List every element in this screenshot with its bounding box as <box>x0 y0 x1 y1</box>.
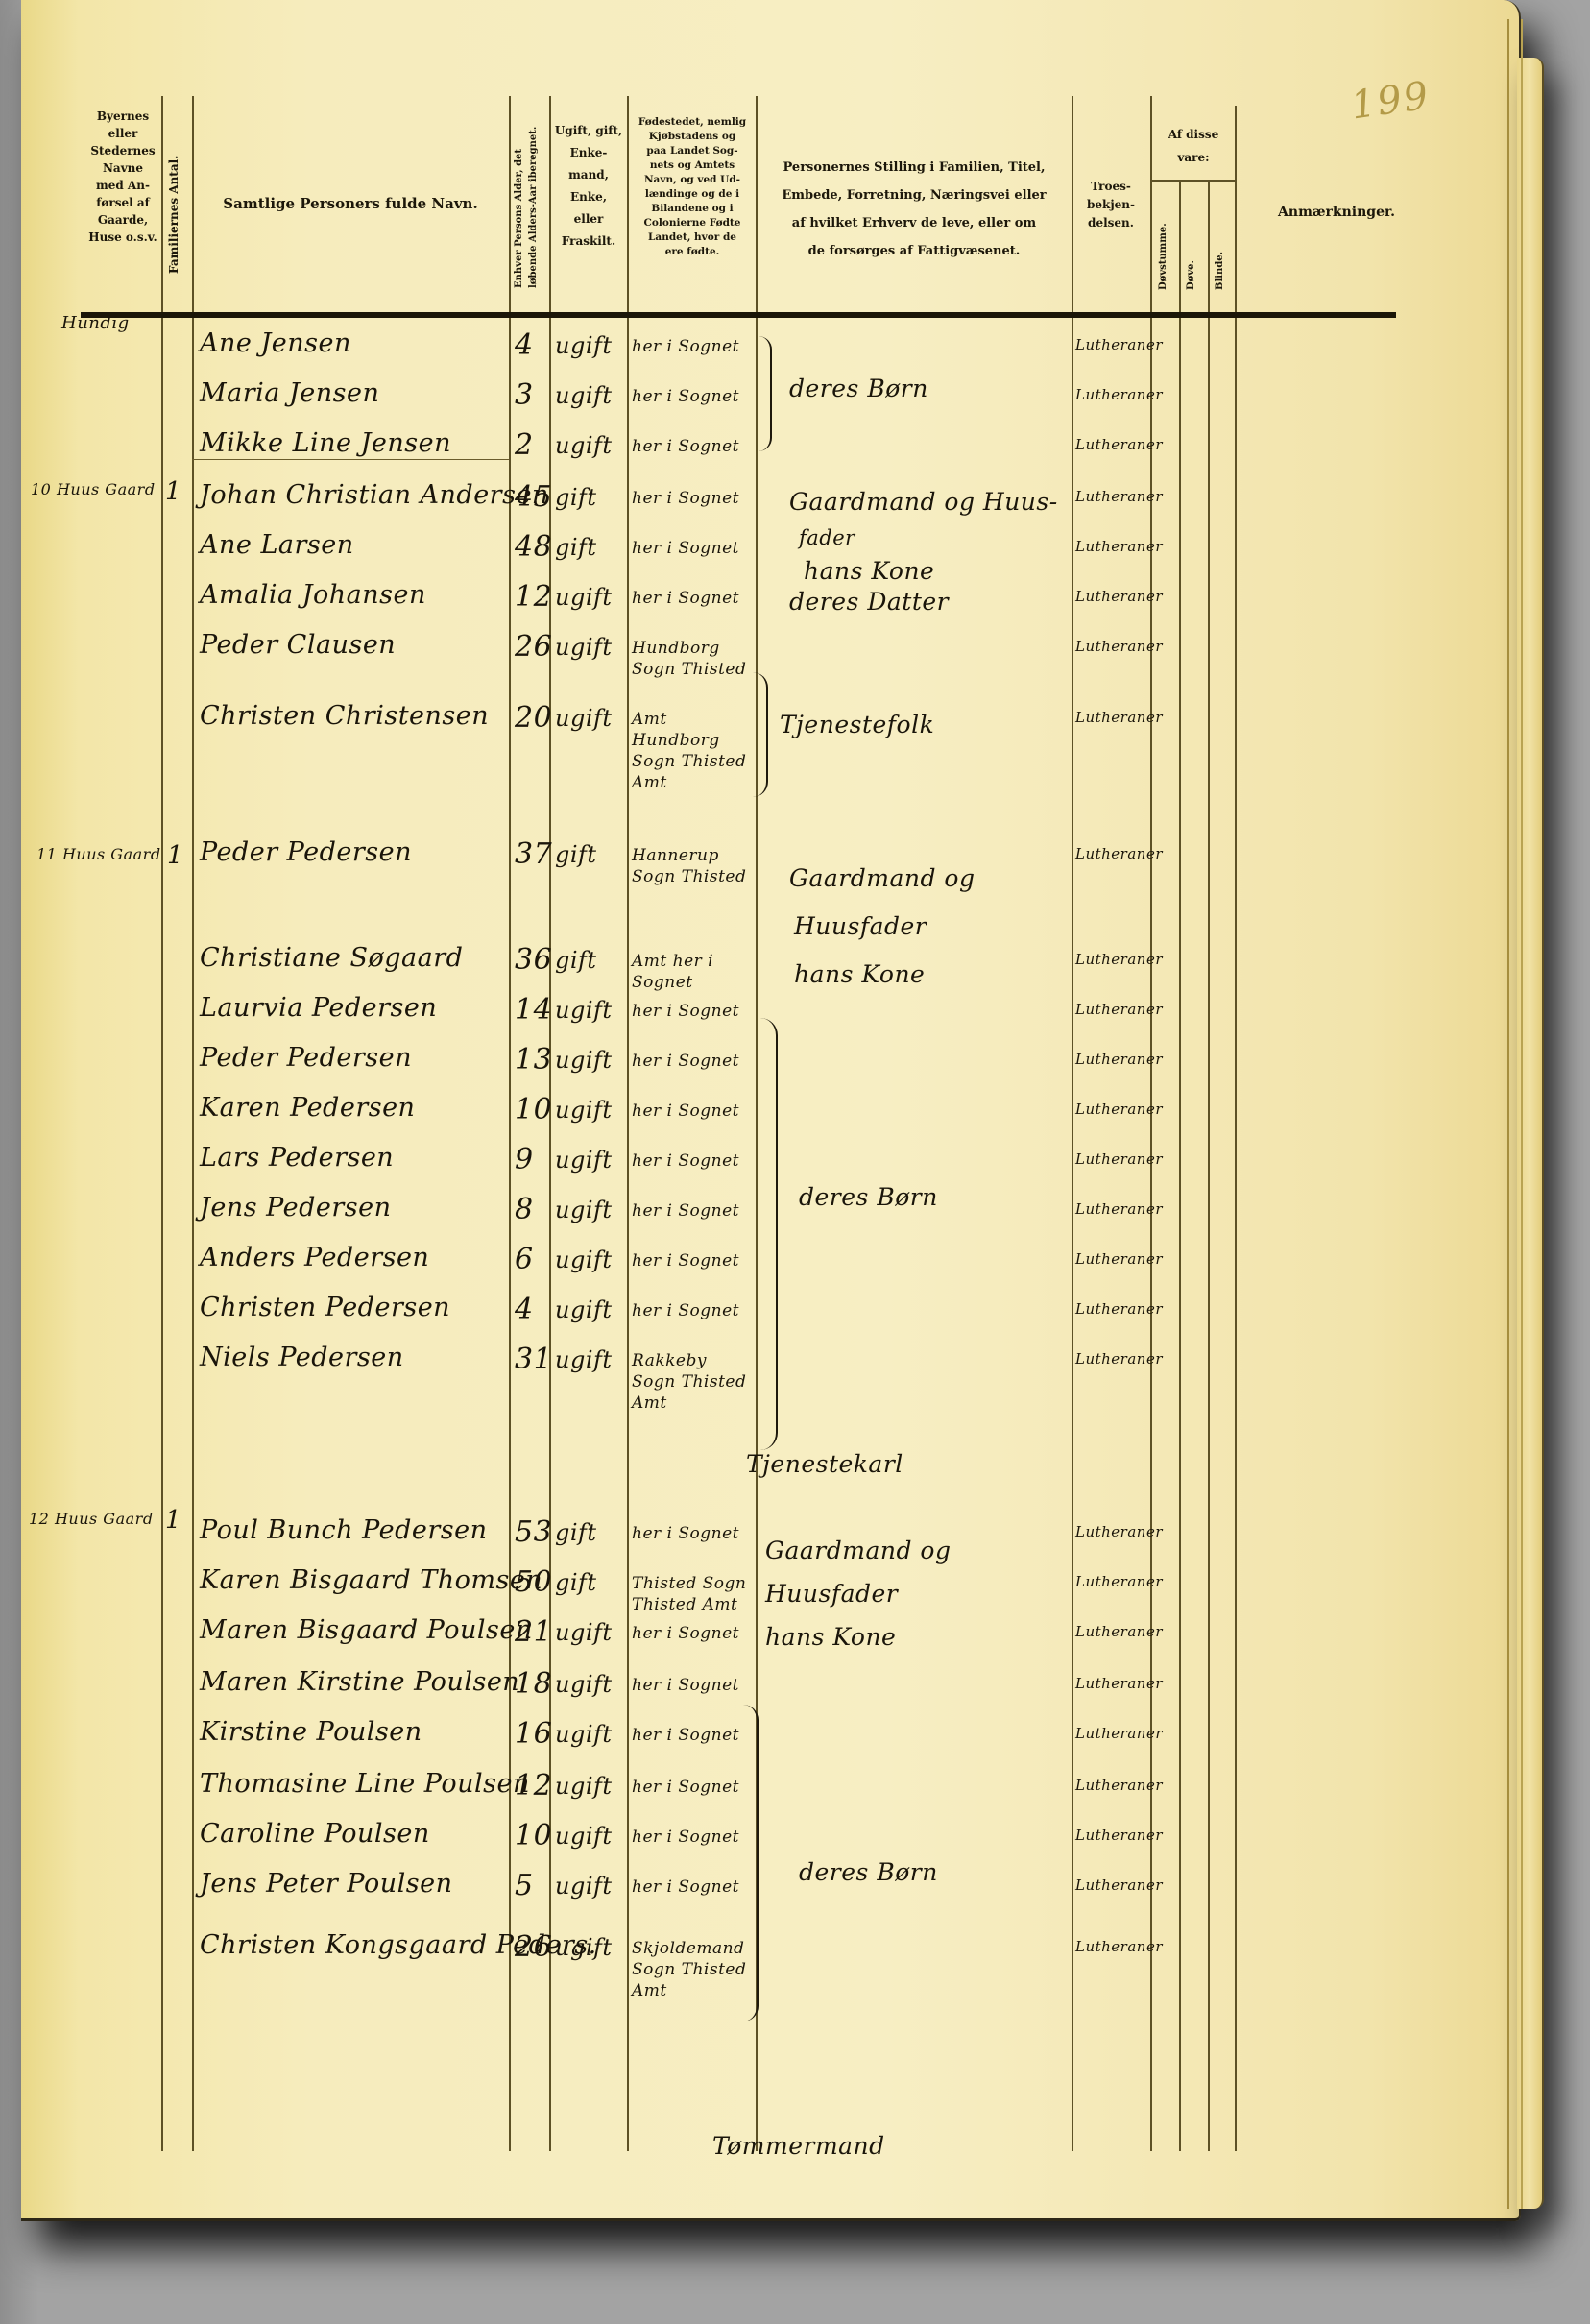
person-birthplace: her i Sognet <box>632 1250 739 1271</box>
person-civil-status: ugift <box>555 634 613 661</box>
person-age: 6 <box>515 1243 534 1276</box>
person-age: 9 <box>515 1143 534 1176</box>
person-birthplace: her i Sognet <box>632 1051 739 1072</box>
person-age: 20 <box>515 701 552 735</box>
person-name: Jens Pedersen <box>200 1193 391 1223</box>
person-civil-status: ugift <box>555 382 613 409</box>
person-birthplace: Hundborg Sogn Thisted <box>632 638 753 680</box>
person-faith: Lutheraner <box>1075 1777 1163 1794</box>
person-faith: Lutheraner <box>1075 1573 1163 1590</box>
person-name: Thomasine Line Poulsen <box>200 1769 530 1799</box>
person-civil-status: ugift <box>555 432 613 459</box>
position-entry: Gaardmand og Huus- <box>789 488 1058 516</box>
person-birthplace: Rakkeby Sogn Thisted Amt <box>632 1350 753 1414</box>
person-faith: Lutheraner <box>1075 1876 1163 1894</box>
person-civil-status: gift <box>555 1569 597 1596</box>
person-age: 37 <box>515 837 552 871</box>
person-birthplace: her i Sognet <box>632 1777 739 1798</box>
person-birthplace: her i Sognet <box>632 336 739 357</box>
place-label: 12 Huus Gaard <box>29 1510 154 1528</box>
position-entry: Tjenestefolk <box>780 711 934 738</box>
person-faith: Lutheraner <box>1075 1523 1163 1540</box>
bracket <box>743 1705 759 2021</box>
position-entry: deres Børn <box>799 1183 938 1211</box>
person-birthplace: Hannerup Sogn Thisted <box>632 845 753 887</box>
person-civil-status: gift <box>555 947 597 974</box>
of-these-subrule <box>1150 180 1235 182</box>
person-faith: Lutheraner <box>1075 436 1163 453</box>
person-faith: Lutheraner <box>1075 1101 1163 1118</box>
column-divider <box>161 96 163 2151</box>
person-civil-status: ugift <box>555 584 613 611</box>
header-civil-status: Ugift, gift, Enke- mand, Enke, eller Fra… <box>549 120 628 253</box>
header-faith: Troes- bekjen- delsen. <box>1072 178 1150 232</box>
person-name: Maren Kirstine Poulsen <box>200 1667 519 1697</box>
person-birthplace: her i Sognet <box>632 436 739 457</box>
person-civil-status: ugift <box>555 1296 613 1323</box>
person-age: 31 <box>515 1343 552 1376</box>
person-age: 4 <box>515 328 534 362</box>
person-faith: Lutheraner <box>1075 1623 1163 1640</box>
family-count: 1 <box>167 841 183 870</box>
person-age: 12 <box>515 1769 552 1803</box>
column-divider <box>1235 106 1237 2151</box>
bracket <box>759 336 772 451</box>
person-name: Ane Jensen <box>200 328 351 358</box>
column-divider <box>1072 96 1073 2151</box>
person-faith: Lutheraner <box>1075 951 1163 968</box>
person-birthplace: her i Sognet <box>632 1523 739 1544</box>
person-birthplace: Skjoldemand Sogn Thisted Amt <box>632 1938 753 2001</box>
person-faith: Lutheraner <box>1075 1001 1163 1018</box>
person-name: Christen Pedersen <box>200 1293 450 1322</box>
person-age: 36 <box>515 943 552 977</box>
person-name: Christiane Søgaard <box>200 943 463 973</box>
person-age: 2 <box>515 428 534 462</box>
column-divider <box>192 96 194 2151</box>
person-name: Anders Pedersen <box>200 1243 429 1272</box>
page-number: 199 <box>1348 73 1433 128</box>
position-entry: Huusfader <box>794 912 927 940</box>
person-civil-status: gift <box>555 1519 597 1546</box>
person-faith: Lutheraner <box>1075 1300 1163 1318</box>
person-civil-status: gift <box>555 534 597 561</box>
person-birthplace: her i Sognet <box>632 588 739 609</box>
person-faith: Lutheraner <box>1075 709 1163 726</box>
person-civil-status: ugift <box>555 1873 613 1900</box>
person-birthplace: Amt her i Sognet <box>632 951 753 993</box>
person-civil-status: ugift <box>555 332 613 359</box>
person-birthplace: her i Sognet <box>632 1101 739 1122</box>
person-birthplace: her i Sognet <box>632 1300 739 1321</box>
position-entry: fader <box>799 526 855 549</box>
person-birthplace: her i Sognet <box>632 386 739 407</box>
person-name: Karen Pedersen <box>200 1093 415 1123</box>
header-names: Samtlige Personers fulde Navn. <box>192 195 509 213</box>
position-entry: Gaardmand og <box>765 1537 951 1564</box>
header-deaf: Døve. <box>1186 260 1196 290</box>
person-civil-status: ugift <box>555 1934 613 1961</box>
column-divider <box>1179 182 1181 2151</box>
person-age: 18 <box>515 1667 552 1701</box>
place-label: Hundig <box>61 313 130 333</box>
person-name: Christen Christensen <box>200 701 489 731</box>
position-entry: Huusfader <box>765 1580 898 1608</box>
person-age: 3 <box>515 378 534 412</box>
person-age: 8 <box>515 1193 534 1226</box>
person-age: 21 <box>515 1615 552 1649</box>
person-civil-status: ugift <box>555 1721 613 1748</box>
person-faith: Lutheraner <box>1075 386 1163 403</box>
header-birthplace: Fødestedet, nemlig Kjøbstadens og paa La… <box>628 115 757 259</box>
person-name: Kirstine Poulsen <box>200 1717 422 1747</box>
person-faith: Lutheraner <box>1075 1051 1163 1068</box>
page-stack-lines <box>1507 19 1523 2209</box>
person-age: 26 <box>515 1930 552 1964</box>
person-civil-status: ugift <box>555 1671 613 1698</box>
person-birthplace: Amt Hundborg Sogn Thisted Amt <box>632 709 753 793</box>
person-birthplace: her i Sognet <box>632 488 739 509</box>
person-faith: Lutheraner <box>1075 538 1163 555</box>
position-entry: hans Kone <box>765 1623 896 1651</box>
person-faith: Lutheraner <box>1075 1938 1163 1955</box>
position-entry: Tømmermand <box>712 2132 885 2160</box>
person-name: Caroline Poulsen <box>200 1819 430 1849</box>
person-age: 14 <box>515 993 552 1027</box>
header-families: Familiernes Antal. <box>167 156 181 274</box>
person-birthplace: her i Sognet <box>632 1675 739 1696</box>
person-civil-status: ugift <box>555 1346 613 1373</box>
person-birthplace: her i Sognet <box>632 1200 739 1222</box>
place-label: 10 Huus Gaard <box>31 480 156 498</box>
person-faith: Lutheraner <box>1075 1200 1163 1218</box>
person-age: 45 <box>515 480 552 514</box>
header-deaf-mute: Døvstumme. <box>1158 223 1168 290</box>
person-name: Amalia Johansen <box>200 580 426 610</box>
person-civil-status: ugift <box>555 1619 613 1646</box>
person-age: 12 <box>515 580 552 614</box>
person-age: 10 <box>515 1819 552 1852</box>
person-age: 26 <box>515 630 552 664</box>
person-name: Ane Larsen <box>200 530 354 560</box>
person-birthplace: her i Sognet <box>632 1725 739 1746</box>
header-age-2: løbende Alders-Aar iberegnet. <box>528 127 539 288</box>
header-rule <box>81 312 1396 318</box>
person-faith: Lutheraner <box>1075 638 1163 655</box>
position-entry: deres Børn <box>799 1858 938 1886</box>
person-birthplace: her i Sognet <box>632 1623 739 1644</box>
person-faith: Lutheraner <box>1075 1350 1163 1368</box>
person-birthplace: her i Sognet <box>632 1150 739 1172</box>
person-faith: Lutheraner <box>1075 1827 1163 1844</box>
person-civil-status: ugift <box>555 997 613 1024</box>
family-count: 1 <box>165 477 181 506</box>
person-birthplace: Thisted Sogn Thisted Amt <box>632 1573 753 1615</box>
person-faith: Lutheraner <box>1075 1675 1163 1692</box>
position-entry: deres Datter <box>789 588 949 616</box>
header-position: Personernes Stilling i Familien, Titel, … <box>757 154 1072 265</box>
header-place: Byernes eller Stedernes Navne med An- fø… <box>83 108 163 246</box>
person-age: 4 <box>515 1293 534 1326</box>
person-civil-status: gift <box>555 841 597 868</box>
header-of-these: Af disse vare: <box>1150 123 1237 169</box>
person-faith: Lutheraner <box>1075 1725 1163 1742</box>
person-name: Maren Bisgaard Poulsen <box>200 1615 533 1645</box>
person-birthplace: her i Sognet <box>632 1001 739 1022</box>
position-entry: deres Børn <box>789 375 928 402</box>
person-name: Lars Pedersen <box>200 1143 394 1173</box>
census-page: 199 Byernes eller Stedernes Navne med An… <box>21 0 1521 2221</box>
column-divider <box>1208 182 1210 2151</box>
person-civil-status: ugift <box>555 1247 613 1273</box>
person-age: 5 <box>515 1869 534 1902</box>
person-birthplace: her i Sognet <box>632 538 739 559</box>
family-count: 1 <box>165 1506 181 1535</box>
person-civil-status: ugift <box>555 1047 613 1074</box>
person-faith: Lutheraner <box>1075 336 1163 353</box>
person-age: 10 <box>515 1093 552 1126</box>
person-name: Peder Pedersen <box>200 837 412 867</box>
person-civil-status: ugift <box>555 1097 613 1124</box>
position-entry: hans Kone <box>804 557 934 585</box>
bracket <box>760 1018 778 1450</box>
position-entry: Tjenestekarl <box>746 1450 903 1478</box>
person-faith: Lutheraner <box>1075 588 1163 605</box>
person-faith: Lutheraner <box>1075 1150 1163 1168</box>
person-name: Niels Pedersen <box>200 1343 404 1372</box>
person-age: 16 <box>515 1717 552 1751</box>
place-label: 11 Huus Gaard <box>36 845 161 863</box>
person-name: Laurvia Pedersen <box>200 993 437 1023</box>
person-civil-status: gift <box>555 484 597 511</box>
person-name: Johan Christian Andersen <box>200 480 549 510</box>
person-civil-status: ugift <box>555 705 613 732</box>
person-civil-status: ugift <box>555 1197 613 1223</box>
household-separator <box>192 459 509 460</box>
person-name: Karen Bisgaard Thomsen <box>200 1565 542 1595</box>
person-name: Maria Jensen <box>200 378 379 408</box>
person-faith: Lutheraner <box>1075 1250 1163 1268</box>
person-name: Mikke Line Jensen <box>200 428 451 458</box>
person-name: Peder Pedersen <box>200 1043 412 1073</box>
position-entry: Gaardmand og <box>789 864 975 892</box>
person-faith: Lutheraner <box>1075 488 1163 505</box>
person-name: Peder Clausen <box>200 630 396 660</box>
header-age-1: Enhver Persons Alder, det <box>514 149 524 288</box>
person-birthplace: her i Sognet <box>632 1876 739 1898</box>
person-age: 48 <box>515 530 552 564</box>
person-name: Poul Bunch Pedersen <box>200 1515 487 1545</box>
position-entry: hans Kone <box>794 960 925 988</box>
header-remarks: Anmærkninger. <box>1260 204 1413 222</box>
header-blind: Blinde. <box>1215 252 1225 290</box>
person-age: 50 <box>515 1565 552 1599</box>
person-civil-status: ugift <box>555 1823 613 1850</box>
person-age: 13 <box>515 1043 552 1077</box>
person-age: 53 <box>515 1515 552 1549</box>
person-name: Jens Peter Poulsen <box>200 1869 452 1899</box>
person-civil-status: ugift <box>555 1147 613 1174</box>
bracket <box>753 672 768 797</box>
column-divider <box>627 96 629 2151</box>
column-divider <box>509 96 511 2151</box>
person-civil-status: ugift <box>555 1773 613 1800</box>
person-faith: Lutheraner <box>1075 845 1163 862</box>
person-birthplace: her i Sognet <box>632 1827 739 1848</box>
